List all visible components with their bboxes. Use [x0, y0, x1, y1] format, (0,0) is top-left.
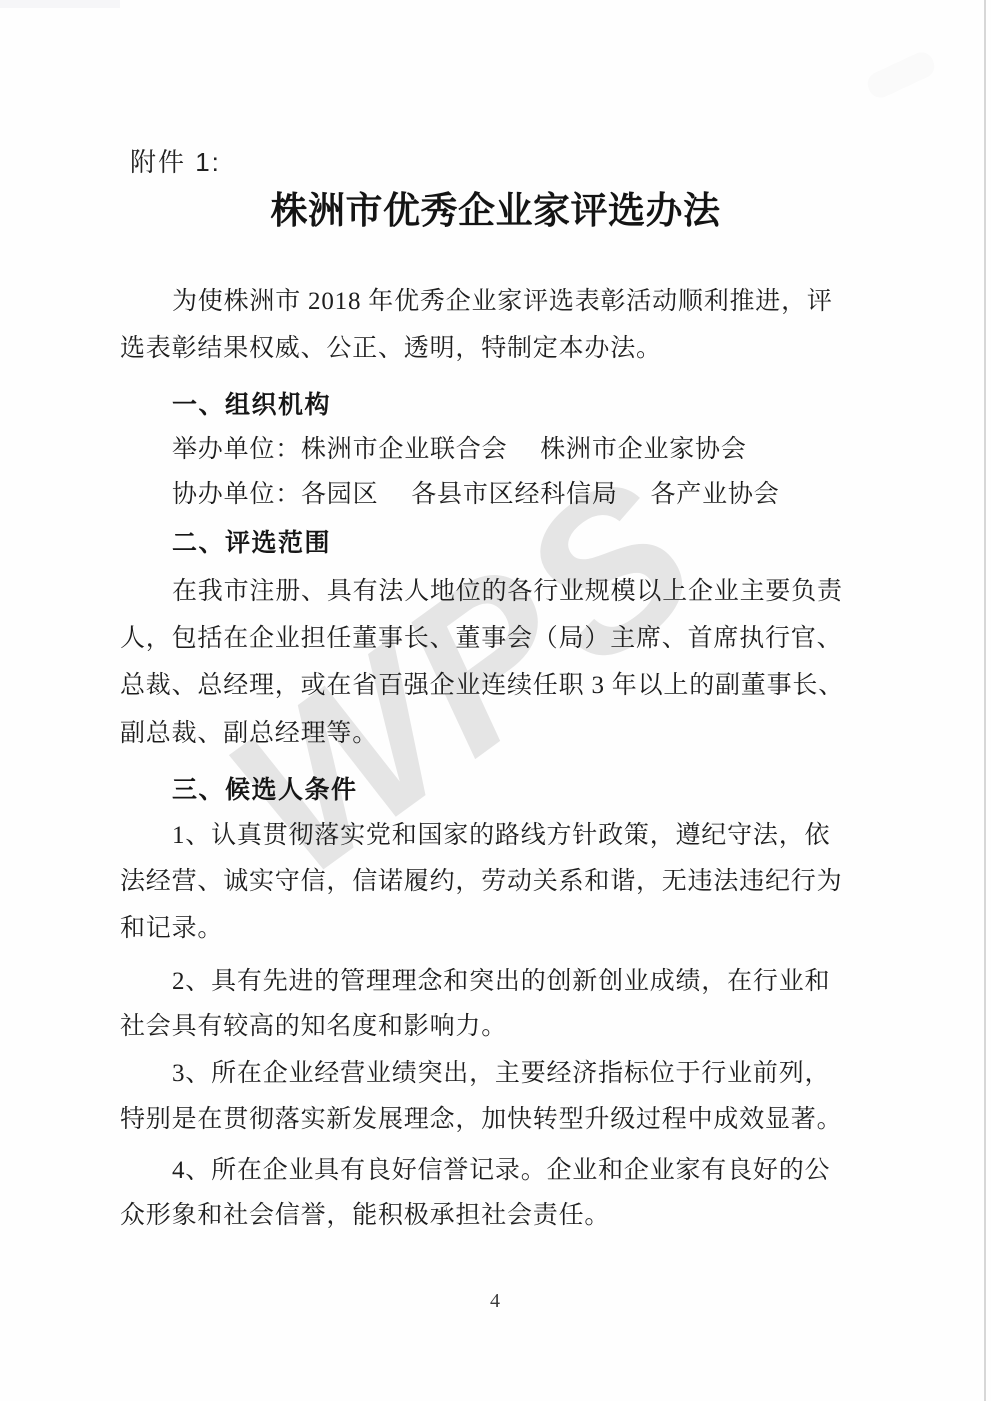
- body-line: 协办单位：各园区 各县市区经科信局 各产业协会: [120, 473, 780, 517]
- attachment-label: 附件 1:: [130, 140, 221, 184]
- body-line: 众形象和社会信誉，能积极承担社会责任。: [120, 1194, 610, 1238]
- body-line: 副总裁、副总经理等。: [120, 712, 378, 756]
- page-title: 株洲市优秀企业家评选办法: [0, 186, 991, 238]
- scan-corner-smudge: [0, 0, 120, 8]
- body-line: 1、认真贯彻落实党和国家的路线方针政策，遵纪守法，依: [120, 814, 830, 858]
- body-line: 4、所在企业具有良好信誉记录。企业和企业家有良好的公: [120, 1149, 830, 1193]
- document-page: WPS 附件 1: 株洲市优秀企业家评选办法 为使株洲市 2018 年优秀企业家…: [0, 0, 991, 1401]
- body-line: 为使株洲市 2018 年优秀企业家评选表彰活动顺利推进，评: [120, 280, 833, 324]
- body-line: 在我市注册、具有法人地位的各行业规模以上企业主要负责: [120, 570, 843, 614]
- body-line: 特别是在贯彻落实新发展理念，加快转型升级过程中成效显著。: [120, 1098, 842, 1142]
- section-heading-2: 二、评选范围: [120, 521, 331, 565]
- body-line: 举办单位：株洲市企业联合会 株洲市企业家协会: [120, 428, 747, 472]
- body-line: 选表彰结果权威、公正、透明，特制定本办法。: [120, 327, 662, 371]
- page-number: 4: [0, 1290, 991, 1313]
- section-heading-3: 三、候选人条件: [120, 768, 358, 812]
- body-line: 总裁、总经理，或在省百强企业连续任职 3 年以上的副董事长、: [120, 664, 844, 708]
- body-line: 3、所在企业经营业绩突出，主要经济指标位于行业前列，: [120, 1052, 830, 1096]
- body-line: 2、具有先进的管理理念和突出的创新创业成绩，在行业和: [120, 960, 830, 1004]
- section-heading-1: 一、组织机构: [120, 383, 331, 427]
- body-line: 法经营、诚实守信，信诺履约，劳动关系和谐，无违法违纪行为: [120, 860, 842, 904]
- scan-smudge: [864, 48, 938, 101]
- body-line: 人，包括在企业担任董事长、董事会（局）主席、首席执行官、: [120, 617, 842, 661]
- body-line: 社会具有较高的知名度和影响力。: [120, 1005, 507, 1049]
- body-line: 和记录。: [120, 907, 223, 951]
